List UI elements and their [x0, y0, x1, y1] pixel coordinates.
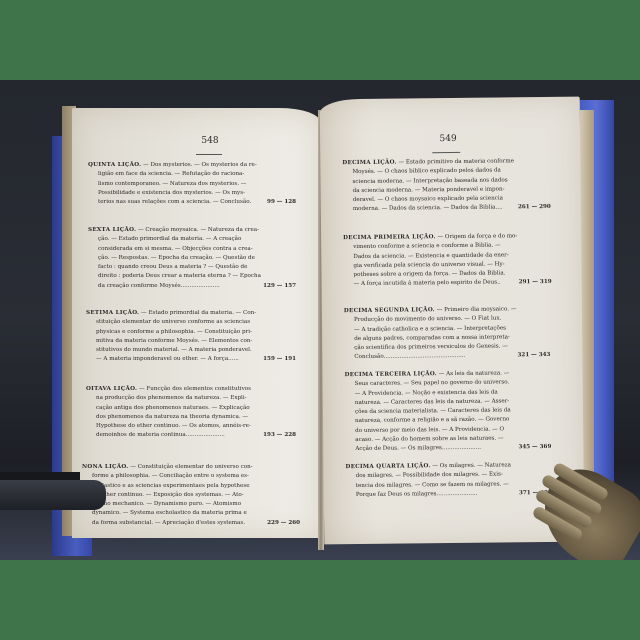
- page-number-rule: [196, 154, 222, 155]
- toc-entry: DECIMA QUARTA LIÇÃO. — Os milagres. — Na…: [345, 461, 513, 500]
- bottom-frame-band: [0, 560, 640, 640]
- page-number: 549: [428, 134, 468, 144]
- page-range: 321 — 343: [517, 351, 550, 361]
- toc-entry: QUINTA LIÇÃO. — Dos mysterios. — Os myst…: [88, 161, 258, 207]
- toc-entry: DECIMA LIÇÃO. — Estado primitivo da mate…: [342, 157, 513, 215]
- toc-entry: NONA LIÇÃO. — Constituição elementar do …: [82, 463, 262, 528]
- page-range: 345 — 369: [518, 443, 551, 453]
- toc-entry: DECIMA TERCEIRA LIÇÃO. — As leis da natu…: [345, 369, 514, 454]
- page-range: 99 — 128: [267, 198, 296, 207]
- toc-entry: DECIMA PRIMEIRA LIÇÃO. — Origem da força…: [343, 232, 514, 290]
- page-range: 193 — 228: [263, 431, 296, 440]
- page-range: 159 — 191: [263, 355, 296, 364]
- page-range: 261 — 290: [518, 203, 551, 213]
- toc-entry: SEXTA LIÇÃO. — Creação moysaica. — Natur…: [88, 226, 258, 291]
- page-number: 548: [190, 136, 230, 146]
- page-range: 129 — 157: [263, 282, 296, 291]
- page-range: 291 — 319: [519, 278, 552, 288]
- toc-entry: OITAVA LIÇÃO. — Funcção dos elementos co…: [86, 385, 258, 441]
- page-range: 229 — 260: [267, 519, 300, 528]
- left-page: 548 QUINTA LIÇÃO. — Dos mysterios. — Os …: [72, 108, 320, 538]
- page-number-rule: [432, 152, 460, 153]
- toc-entry: DECIMA SEGUNDA LIÇÃO. — Primeiro dia moy…: [344, 305, 513, 363]
- top-frame-band: [0, 0, 640, 80]
- photo: 548 QUINTA LIÇÃO. — Dos mysterios. — Os …: [0, 80, 640, 560]
- book-clip: [0, 480, 106, 510]
- toc-entry: SETIMA LIÇÃO. — Estado primordial da mat…: [86, 309, 258, 365]
